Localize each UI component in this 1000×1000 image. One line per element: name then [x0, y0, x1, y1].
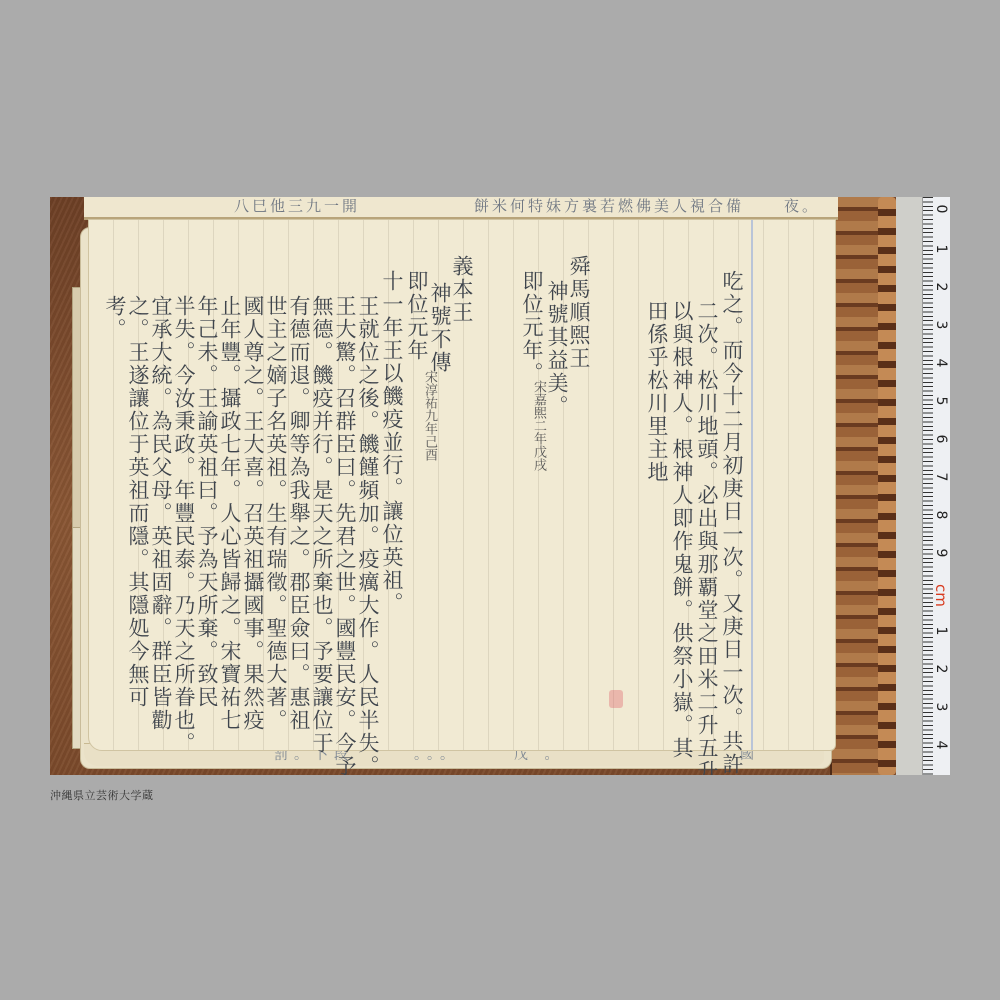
- text-column: 考。: [102, 295, 128, 341]
- leather-lacing: [878, 197, 896, 775]
- margin-rule: [751, 220, 753, 750]
- strip-text: 餅米何特妹方裏若燃佛美人視合備: [474, 197, 744, 216]
- strip-text: 夜。: [784, 197, 820, 216]
- text-column: 國人尊之。王大喜。召英祖攝國事。果然疫: [240, 295, 266, 732]
- ruler-label: 5: [933, 393, 949, 409]
- text-column: 十一年王以饑疫並行。讓位英祖。: [379, 270, 405, 615]
- ruler-label: 3: [933, 699, 949, 715]
- ruler-label: 9: [933, 545, 949, 561]
- previous-page-strip: 八巳他三九一開 餅米何特妹方裏若燃佛美人視合備 夜。: [84, 197, 838, 220]
- ruler-ticks: [923, 197, 933, 775]
- manuscript-page: 吃之。而今十二月初庚日一次。又庚日一次。共許 二次。松川地頭。必出與那覇堂之田米…: [88, 219, 836, 751]
- ruler-label: 1: [933, 623, 949, 639]
- text-column: 吃之。而今十二月初庚日一次。又庚日一次。共許: [719, 270, 745, 775]
- ruler-background: [896, 197, 922, 775]
- text-column: 王就位之後。饑饉頻加。疫癘大作。人民半失。: [355, 295, 381, 775]
- text-column: 半失。今汝秉政。年豐民泰。乃天之所眷也。: [171, 295, 197, 755]
- text-column: 宜承大統。為民父母。英祖固辭。群臣皆勸: [148, 295, 174, 732]
- text-column: 之。王遂讓位于英祖而隱。其隱処今無可: [125, 295, 151, 709]
- ruler-label: 2: [933, 279, 949, 295]
- text-column: 世主之嫡子名英祖。生有瑞徵。聖德大著。: [263, 295, 289, 732]
- manuscript-photo: 八巳他三九一開 餅米何特妹方裏若燃佛美人視合備 夜。 罰。卜段 。。。 戊 。 …: [50, 197, 950, 775]
- interlinear-note: 宋淳祐九年己酉: [405, 370, 437, 432]
- ruler-label: 3: [933, 317, 949, 333]
- ruler-label: 8: [933, 507, 949, 523]
- text-column: 年己未。王諭英祖曰。予為天所棄。致民: [194, 295, 220, 709]
- text-column: 神號不傳: [427, 282, 453, 374]
- text-column: 王大驚。召群臣曰。先君之世。國豐民安。今予: [332, 295, 358, 775]
- text-column: 止年豐。攝政七年。人心皆歸之。宋寶祐七: [217, 295, 243, 732]
- ruler-label: 1: [933, 241, 949, 257]
- text-column: 田係乎松川里主地: [644, 300, 670, 484]
- ruler-label: 6: [933, 431, 949, 447]
- strip-text: 八巳他三九一開: [234, 197, 360, 216]
- text-column: 有德而退。卿等為我舉之。郡臣僉曰。惠祖: [286, 295, 312, 732]
- text-column: 無德。饑疫并行。是天之所棄也。予要讓位于: [309, 295, 335, 755]
- ruler-label: 2: [933, 661, 949, 677]
- ruler-unit-label: cm: [932, 584, 950, 600]
- red-seal-mark: [609, 690, 623, 708]
- ruler-label: 4: [933, 355, 949, 371]
- text-column: 即位元年。: [519, 270, 545, 385]
- text-column: 即位元年: [404, 270, 430, 362]
- interlinear-note: 宋嘉煕二年戊戌: [514, 380, 546, 440]
- ruler-label: 4: [933, 737, 949, 753]
- ruler-label: 0: [933, 201, 949, 217]
- scale-ruler: 0 1 2 3 4 5 6 7 8 9 cm 1 2 3 4: [922, 197, 950, 775]
- ruler-label: 7: [933, 469, 949, 485]
- text-column: 神號其益美。: [544, 280, 570, 418]
- text-column: 以與根神人。根神人即作鬼餅。供祭小嶽。其: [669, 300, 695, 760]
- text-column: 二次。松川地頭。必出與那覇堂之田米二升五升: [694, 300, 720, 775]
- collection-credit: 沖縄県立芸術大学蔵: [50, 787, 154, 803]
